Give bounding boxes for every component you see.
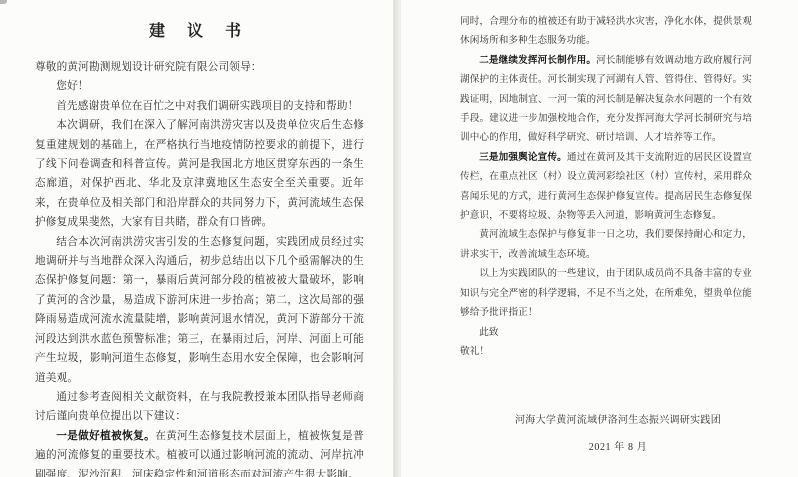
paragraph-lead: 一是做好植被恢复。 <box>56 431 155 442</box>
paragraph: 本次调研，我们在深入了解河南洪涝灾害以及贵单位灾后生态修复重建规划的基础上，在严… <box>35 116 364 232</box>
paragraph: 通过参考查阅相关文献资料，在与我院教授兼本团队指导老师商讨后谨向贵单位提出以下建… <box>35 388 364 427</box>
page-1-inner: 建 议 书 尊敬的黄河勘测规划设计研究院有限公司领导：您好！首先感谢贵单位在百忙… <box>0 0 394 477</box>
page-1-content: 尊敬的黄河勘测规划设计研究院有限公司领导：您好！首先感谢贵单位在百忙之中对我们调… <box>35 58 364 477</box>
signature-date: 2021 年 8 月 <box>484 438 752 453</box>
page-2: 同时，合理分布的植被还有助于减轻洪水灾害，净化水体，提供景观休闲场所和多种生态服… <box>400 0 798 477</box>
paragraph: 一是做好植被恢复。在黄河生态修复技术层面上，植被恢复是普遍的河流修复的重要技术。… <box>35 427 364 477</box>
paragraph: 三是加强舆论宣传。通过在黄河及其干支流附近的居民区设置宣传栏，在重点社区（村）设… <box>460 148 752 226</box>
page-2-inner: 同时，合理分布的植被还有助于减轻洪水灾害，净化水体，提供景观休闲场所和多种生态服… <box>400 0 798 453</box>
page-1: 建 议 书 尊敬的黄河勘测规划设计研究院有限公司领导：您好！首先感谢贵单位在百忙… <box>0 0 394 477</box>
paragraph: 二是继续发挥河长制作用。河长制能够有效调动地方政府履行河湖保护的主体责任。河长制… <box>460 51 752 148</box>
paragraph: 尊敬的黄河勘测规划设计研究院有限公司领导： <box>35 58 364 77</box>
document-scan: 建 议 书 尊敬的黄河勘测规划设计研究院有限公司领导：您好！首先感谢贵单位在百忙… <box>0 0 798 477</box>
document-title: 建 议 书 <box>35 18 364 41</box>
paragraph: 您好！ <box>35 77 364 96</box>
paragraph: 首先感谢贵单位在百忙之中对我们调研实践项目的支持和帮助！ <box>35 97 364 116</box>
paragraph: 敬礼！ <box>460 342 752 361</box>
paragraph: 此致 <box>460 323 752 342</box>
signature-organization: 河海大学黄河流域伊洛河生态振兴调研实践团 <box>484 411 752 426</box>
paragraph-lead: 二是继续发挥河长制作用。 <box>479 55 596 66</box>
paragraph: 结合本次河南洪涝灾害引发的生态修复问题，实践团成员经过实地调研并与当地群众深入沟… <box>35 233 364 388</box>
paragraph-lead: 三是加强舆论宣传。 <box>479 152 567 163</box>
page-2-content: 同时，合理分布的植被还有助于减轻洪水灾害，净化水体，提供景观休闲场所和多种生态服… <box>460 12 752 361</box>
signature-block: 河海大学黄河流域伊洛河生态振兴调研实践团 2021 年 8 月 <box>460 411 752 453</box>
paragraph: 同时，合理分布的植被还有助于减轻洪水灾害，净化水体，提供景观休闲场所和多种生态服… <box>460 12 752 51</box>
paragraph: 以上为实践团队的一些建议，由于团队成员尚不具备丰富的专业知识与完全严密的科学逻辑… <box>460 264 752 322</box>
paragraph: 黄河流域生态保护与修复非一日之功，我们要保持耐心和定力，讲求实干，改善流域生态环… <box>460 225 752 264</box>
